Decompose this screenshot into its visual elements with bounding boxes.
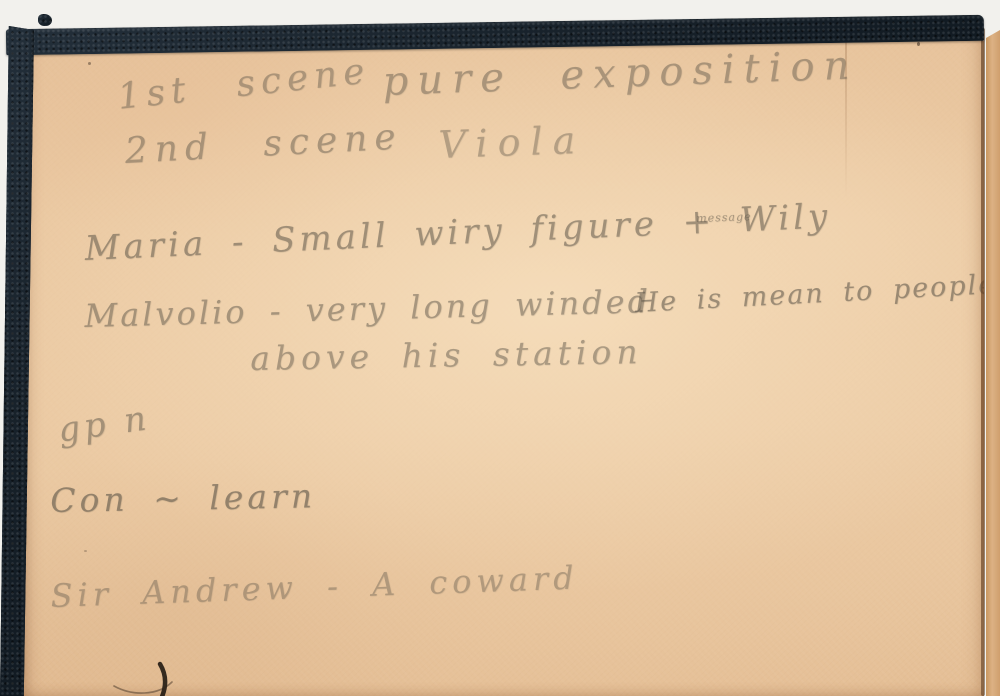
- handwriting-malvolio-note: Malvolio - very long winded: [84, 285, 651, 332]
- handwriting-malvolio-note-3: above his station: [250, 335, 643, 375]
- paper-speck: [917, 42, 920, 46]
- thread-mark: [108, 656, 204, 696]
- paper-speck: [84, 550, 87, 552]
- handwriting-maria-insertion: message: [696, 211, 752, 224]
- handwriting-malvolio-note-2: He is mean to people: [634, 271, 997, 317]
- handwriting-scene-1-note: pure exposition: [382, 45, 859, 102]
- notebook-page: 1st scene pure exposition 2nd scene Viol…: [22, 24, 984, 696]
- gutter-fold-line: [981, 28, 985, 696]
- handwriting-sir-andrew-note: Sir Andrew - A coward: [50, 562, 579, 612]
- handwriting-scene-1-label: 1st scene: [116, 53, 372, 115]
- adjacent-page-edge: [986, 30, 1000, 696]
- photo-of-notebook: 1st scene pure exposition 2nd scene Viol…: [0, 0, 1000, 696]
- handwriting-con-note: Con ~ learn: [50, 479, 316, 517]
- handwriting-scene-2-note: Viola: [438, 121, 586, 164]
- handwriting-abbrev-note: gp n: [56, 401, 152, 448]
- handwriting-scene-2-label: 2nd scene: [124, 119, 404, 170]
- paper-speck: [88, 62, 91, 65]
- handwriting-maria-note: Maria - Small wiry figure + Wily: [84, 199, 832, 266]
- book-cover-corner: [38, 14, 52, 26]
